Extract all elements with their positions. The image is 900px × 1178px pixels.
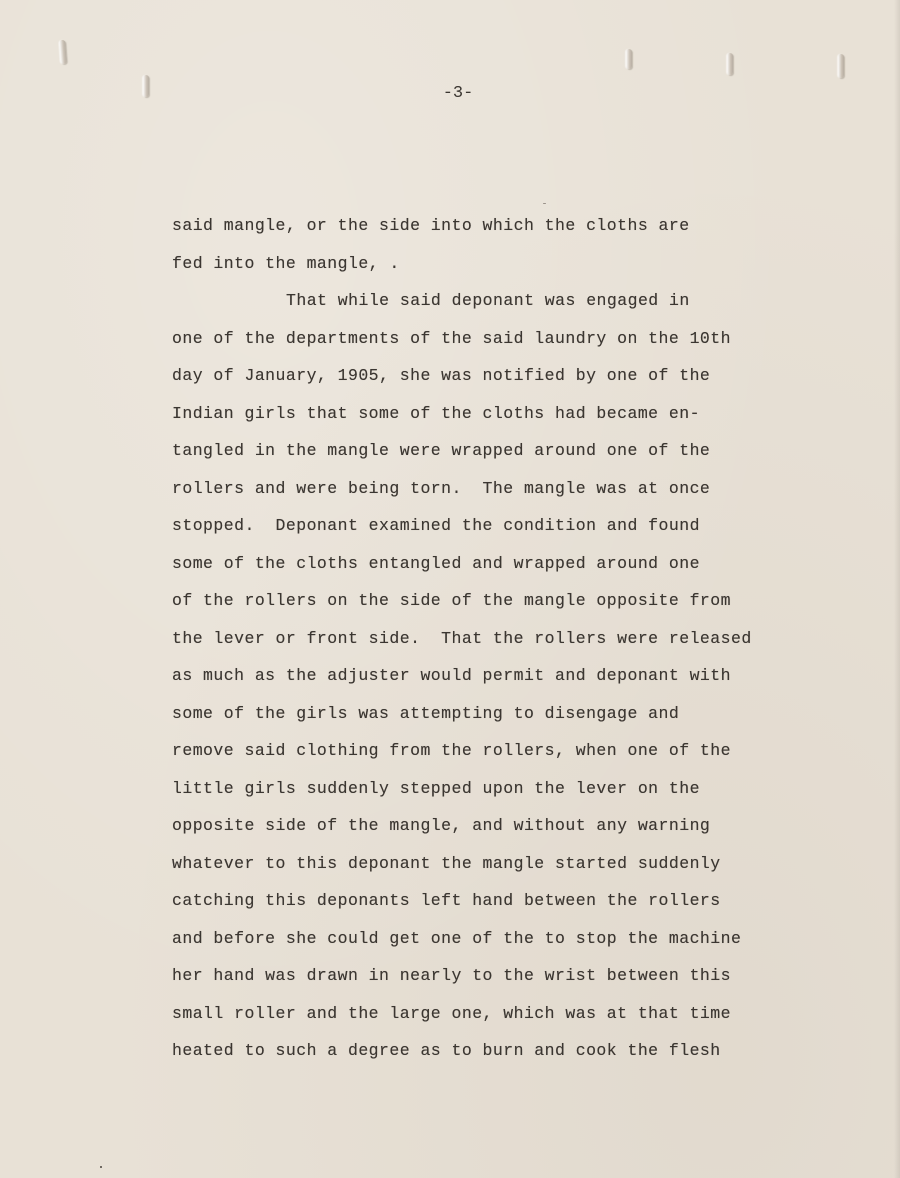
text-line: some of the cloths entangled and wrapped… [172,545,872,583]
staple-hole-mark [838,54,844,78]
text-line: opposite side of the mangle, and without… [172,807,872,845]
text-line: day of January, 1905, she was notified b… [172,357,872,395]
paper-speck [100,1166,102,1168]
text-line: little girls suddenly stepped upon the l… [172,770,872,808]
text-line-indented: That while said deponant was engaged in [172,282,872,320]
paper-speck [543,203,546,204]
page-number: -3- [0,84,900,103]
text-line: said mangle, or the side into which the … [172,207,872,245]
document-page: -3- said mangle, or the side into which … [0,0,900,1178]
text-line: small roller and the large one, which wa… [172,995,872,1033]
staple-hole-mark [626,49,632,69]
staple-hole-mark [59,40,67,64]
text-line: as much as the adjuster would permit and… [172,657,872,695]
text-line: her hand was drawn in nearly to the wris… [172,957,872,995]
text-line: the lever or front side. That the roller… [172,620,872,658]
text-line: fed into the mangle, . [172,245,872,283]
text-line: tangled in the mangle were wrapped aroun… [172,432,872,470]
text-line: stopped. Deponant examined the condition… [172,507,872,545]
text-line: rollers and were being torn. The mangle … [172,470,872,508]
typed-body-text: said mangle, or the side into which the … [172,207,872,1070]
text-line: heated to such a degree as to burn and c… [172,1032,872,1070]
staple-hole-mark [727,53,733,75]
text-line: whatever to this deponant the mangle sta… [172,845,872,883]
text-line: and before she could get one of the to s… [172,920,872,958]
text-line: remove said clothing from the rollers, w… [172,732,872,770]
text-line: Indian girls that some of the cloths had… [172,395,872,433]
text-line: some of the girls was attempting to dise… [172,695,872,733]
text-line: of the rollers on the side of the mangle… [172,582,872,620]
text-line: one of the departments of the said laund… [172,320,872,358]
text-line: catching this deponants left hand betwee… [172,882,872,920]
